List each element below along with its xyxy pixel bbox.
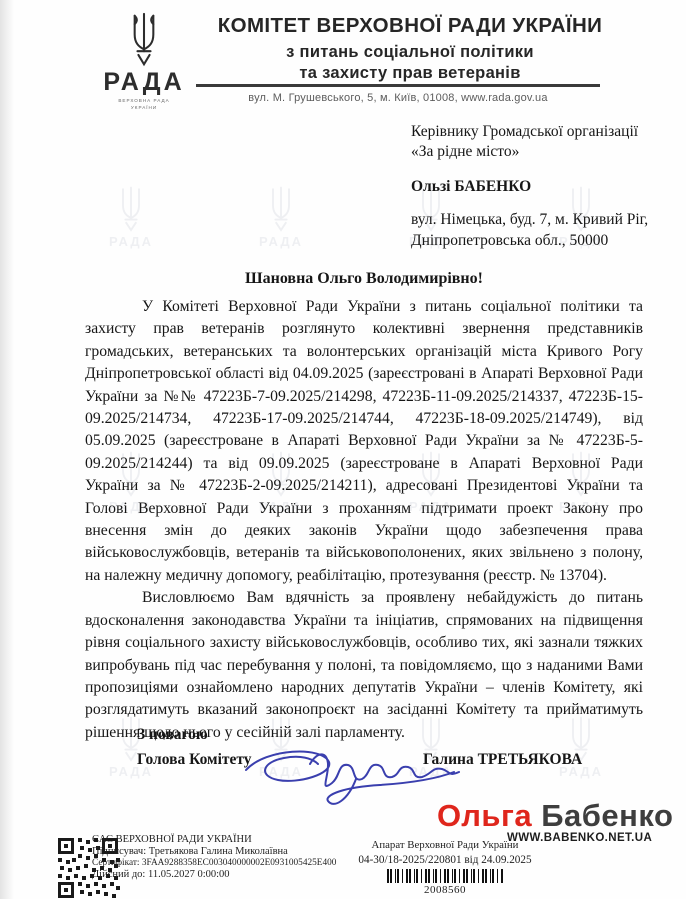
esign-info-block: ЄАС ВЕРХОВНОЇ РАДИ УКРАЇНИ Підписувач: Т… <box>92 834 352 881</box>
committee-title-line3: та захисту прав ветеранів <box>205 63 615 84</box>
esign-valid-until: Дійсний до: 11.05.2027 0:00:00 <box>92 869 352 881</box>
salutation: Шановна Ольго Володимирівно! <box>85 270 643 288</box>
letter-page: РАДА РАДА РАДА <box>0 0 686 899</box>
rada-logo-text: РАДА <box>98 70 190 95</box>
signature-ink-icon <box>238 738 466 810</box>
recipient-org-line2: «За рідне місто» <box>411 142 651 162</box>
recipient-org-line1: Керівнику Громадської організації <box>411 122 651 142</box>
esign-signer: Підписувач: Третьякова Галина Миколаївна <box>92 846 352 858</box>
rada-logo-subtext: ВЕРХОВНА РАДА УКРАЇНИ <box>115 98 173 112</box>
registration-block: Апарат Верховної Ради України 04-30/18-2… <box>345 839 545 896</box>
background-stamp: РАДА <box>96 186 166 249</box>
committee-title-line2: з питань соціальної політики <box>205 42 615 63</box>
barcode-number: 2008560 <box>345 884 545 896</box>
tryzub-watermark-icon <box>264 186 298 234</box>
committee-title: КОМІТЕТ ВЕРХОВНОЇ РАДИ УКРАЇНИ з питань … <box>205 14 615 84</box>
tryzub-icon <box>124 12 164 68</box>
site-watermark-url: WWW.BABENKO.NET.UA <box>507 832 652 844</box>
background-stamp: РАДА <box>246 186 316 249</box>
letter-body: Шановна Ольго Володимирівно! У Комітеті … <box>85 270 643 744</box>
background-stamp-label: РАДА <box>246 234 316 249</box>
esign-certificate: Сертифікат: 3FAA9288358EC003040000002E09… <box>92 858 352 870</box>
registration-number: 04-30/18-2025/220801 від 24.09.2025 <box>345 854 545 866</box>
paragraph-2: Висловлюємо Вам вдячність за проявлену н… <box>85 587 643 744</box>
closing-phrase: З повагою <box>137 726 208 744</box>
recipient-address-line2: Дніпропетровська обл., 50000 <box>411 231 651 251</box>
letterhead-rule <box>196 84 600 87</box>
esign-system: ЄАС ВЕРХОВНОЇ РАДИ УКРАЇНИ <box>92 834 352 846</box>
site-watermark-first-name: Ольга <box>437 798 532 833</box>
recipient-name: Ользі БАБЕНКО <box>411 177 651 197</box>
tryzub-watermark-icon <box>114 186 148 234</box>
committee-address: вул. М. Грушевського, 5, м. Київ, 01008,… <box>196 92 600 104</box>
handwritten-signature <box>238 738 466 815</box>
recipient-address-line1: вул. Німецька, буд. 7, м. Кривий Ріг, <box>411 210 651 230</box>
rada-logo: РАДА ВЕРХОВНА РАДА УКРАЇНИ <box>98 12 190 112</box>
site-watermark-name: Ольга Бабенко <box>437 798 673 834</box>
committee-title-line1: КОМІТЕТ ВЕРХОВНОЇ РАДИ УКРАЇНИ <box>205 14 615 39</box>
paragraph-1: У Комітеті Верховної Ради України з пита… <box>85 296 643 587</box>
background-stamp-label: РАДА <box>96 234 166 249</box>
recipient-address: вул. Німецька, буд. 7, м. Кривий Ріг, Дн… <box>411 210 651 251</box>
site-watermark-last-name: Бабенко <box>541 798 673 833</box>
barcode <box>387 869 503 883</box>
recipient-block: Керівнику Громадської організації «За рі… <box>411 122 651 251</box>
signer-title: Голова Комітету <box>137 751 252 769</box>
